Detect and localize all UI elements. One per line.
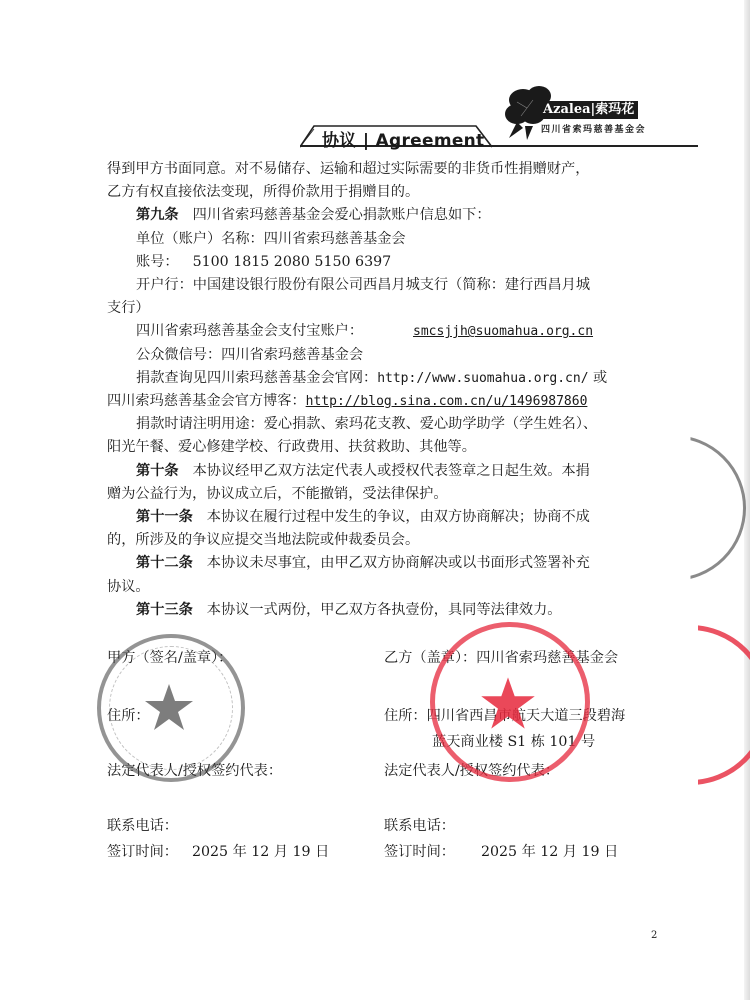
account-name-row: 单位（账户）名称：四川省索玛慈善基金会 bbox=[107, 228, 659, 251]
party-b-seal-partial bbox=[610, 625, 750, 785]
article-text: 本协议一式两份，甲乙双方各执壹份，具同等法律效力。 bbox=[207, 602, 562, 618]
query-label: 捐款查询见四川索玛慈善基金会官网： bbox=[136, 370, 377, 386]
article-12-cont: 协议。 bbox=[107, 576, 659, 599]
article-10-cont: 赠为公益行为，协议成立后，不能撤销，受法律保护。 bbox=[107, 483, 659, 506]
body-line: 得到甲方书面同意。对不易储存、运输和超过实际需要的非货币性捐赠财产， bbox=[107, 158, 659, 181]
article-12: 第十二条本协议未尽事宜，由甲乙双方协商解决或以书面形式签署补充 bbox=[107, 552, 659, 575]
wechat-value: 四川省索玛慈善基金会 bbox=[221, 347, 363, 363]
article-label: 第十条 bbox=[136, 463, 179, 479]
foundation-logo: Azalea|索玛花 四川省索玛慈善基金会 bbox=[503, 82, 703, 142]
agreement-body: 得到甲方书面同意。对不易储存、运输和超过实际需要的非货币性捐赠财产， 乙方有权直… bbox=[107, 158, 659, 622]
party-b-date-row: 签订时间：2025 年 12 月 19 日 bbox=[384, 841, 618, 861]
body-line: 乙方有权直接依法变现，所得价款用于捐赠目的。 bbox=[107, 181, 659, 204]
article-11-cont: 的，所涉及的争议应提交当地法院或仲裁委员会。 bbox=[107, 529, 659, 552]
star-icon bbox=[479, 675, 537, 731]
article-label: 第十三条 bbox=[136, 602, 193, 618]
header-left-rule bbox=[0, 143, 310, 149]
bank-label: 开户行： bbox=[136, 277, 193, 293]
account-no-row: 账号：5100 1815 2080 5150 6397 bbox=[107, 251, 659, 274]
alipay-label: 四川省索玛慈善基金会支付宝账户： bbox=[136, 323, 363, 339]
article-13: 第十三条本协议一式两份，甲乙双方各执壹份，具同等法律效力。 bbox=[107, 599, 659, 622]
article-label: 第九条 bbox=[136, 207, 179, 223]
party-b-date-label: 签订时间： bbox=[384, 844, 455, 860]
article-label: 第十二条 bbox=[136, 555, 193, 571]
star-icon bbox=[143, 682, 195, 732]
party-b-address-label: 住所： bbox=[384, 708, 427, 724]
logo-brand: Azalea|索玛花 bbox=[539, 101, 638, 119]
page-number: 2 bbox=[651, 930, 657, 941]
account-no-value: 5100 1815 2080 5150 6397 bbox=[193, 254, 392, 270]
article-text: 本协议经甲乙双方法定代表人或授权代表签章之日起生效。本捐 bbox=[193, 463, 590, 479]
party-a-date: 2025 年 12 月 19 日 bbox=[192, 844, 329, 860]
query-or: 或 bbox=[593, 370, 607, 386]
article-text: 四川省索玛慈善基金会爱心捐款账户信息如下： bbox=[193, 207, 491, 223]
logo-org-name: 四川省索玛慈善基金会 bbox=[541, 122, 646, 135]
bank-row-cont: 支行） bbox=[107, 297, 659, 320]
bank-row: 开户行：中国建设银行股份有限公司西昌月城支行（简称：建行西昌月城 bbox=[107, 274, 659, 297]
query-row: 捐款查询见四川索玛慈善基金会官网：http://www.suomahua.org… bbox=[107, 367, 659, 390]
alipay-row: 四川省索玛慈善基金会支付宝账户：smcsjjh@suomahua.org.cn bbox=[107, 320, 659, 343]
party-b-seal bbox=[430, 622, 590, 782]
document-page: 协议 | Agreement Azalea|索玛花 四川省索玛慈善基金会 得到甲… bbox=[0, 0, 750, 1000]
article-11: 第十一条本协议在履行过程中发生的争议，由双方协商解决；协商不成 bbox=[107, 506, 659, 529]
party-a-date-row: 签订时间：2025 年 12 月 19 日 bbox=[107, 841, 329, 861]
article-text: 本协议未尽事宜，由甲乙双方协商解决或以书面形式签署补充 bbox=[207, 555, 590, 571]
purpose-row: 捐款时请注明用途：爱心捐款、索玛花支教、爱心助学助学（学生姓名）、 bbox=[107, 413, 659, 436]
page-title: 协议 | Agreement bbox=[322, 126, 485, 151]
account-name-value: 四川省索玛慈善基金会 bbox=[264, 231, 406, 247]
blog-link[interactable]: http://blog.sina.com.cn/u/1496987860 bbox=[306, 394, 588, 409]
article-label: 第十一条 bbox=[136, 509, 193, 525]
purpose-row-cont: 阳光午餐、爱心修建学校、行政费用、扶贫救助、其他等。 bbox=[107, 436, 659, 459]
party-a-seal bbox=[97, 634, 245, 782]
account-name-label: 单位（账户）名称： bbox=[136, 231, 264, 247]
party-a-date-label: 签订时间： bbox=[107, 844, 178, 860]
article-10: 第十条本协议经甲乙双方法定代表人或授权代表签章之日起生效。本捐 bbox=[107, 460, 659, 483]
party-a-phone-label: 联系电话： bbox=[107, 815, 178, 835]
account-no-label: 账号： bbox=[136, 254, 179, 270]
article-9: 第九条四川省索玛慈善基金会爱心捐款账户信息如下： bbox=[107, 204, 659, 227]
wechat-row: 公众微信号：四川省索玛慈善基金会 bbox=[107, 344, 659, 367]
wechat-label: 公众微信号： bbox=[136, 347, 221, 363]
article-text: 本协议在履行过程中发生的争议，由双方协商解决；协商不成 bbox=[207, 509, 590, 525]
party-b-date: 2025 年 12 月 19 日 bbox=[481, 844, 618, 860]
blog-row: 四川索玛慈善基金会官方博客：http://blog.sina.com.cn/u/… bbox=[107, 390, 659, 413]
alipay-link[interactable]: smcsjjh@suomahua.org.cn bbox=[413, 324, 593, 339]
bank-value: 中国建设银行股份有限公司西昌月城支行（简称：建行西昌月城 bbox=[193, 277, 590, 293]
party-b-phone-label: 联系电话： bbox=[384, 815, 455, 835]
website-link[interactable]: http://www.suomahua.org.cn/ bbox=[377, 371, 588, 386]
blog-label: 四川索玛慈善基金会官方博客： bbox=[107, 393, 306, 409]
